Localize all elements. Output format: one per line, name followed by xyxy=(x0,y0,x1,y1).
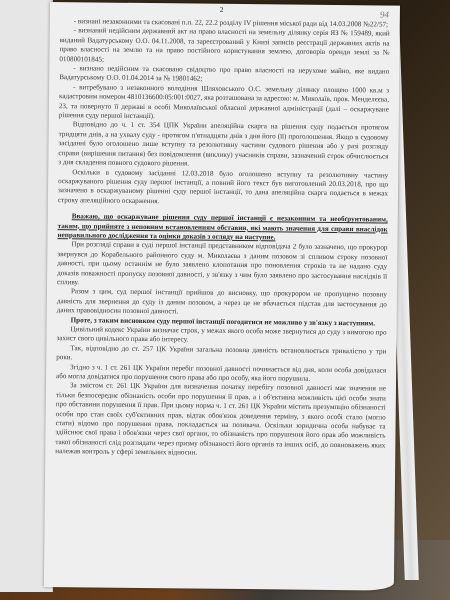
document-page: 2 94 - визнані незаконними та скасовані … xyxy=(44,2,400,591)
paragraph: При розгляді справи в суді першої інстан… xyxy=(57,240,387,290)
paragraph: Оскільки в судовому засіданні 12.03.2018… xyxy=(58,168,388,209)
paragraph: - витребувано з незаконного володіння Шл… xyxy=(59,83,389,124)
paragraph: - визнаний недійсним державний акт на пр… xyxy=(59,27,389,68)
paragraph-emphasis-heading: Вважаю, що оскаржуване рішення суду перш… xyxy=(58,212,388,244)
paragraph: За змістом ст. 261 ЦК України для визнач… xyxy=(55,382,386,461)
paragraph: Разом з цим, суд першої інстанції прийшо… xyxy=(57,287,387,319)
paragraph: Відповідно до ч. 1 ст. 354 ЦПК України а… xyxy=(58,121,388,171)
document-body: - визнані незаконними та скасовані п.п. … xyxy=(55,10,390,460)
